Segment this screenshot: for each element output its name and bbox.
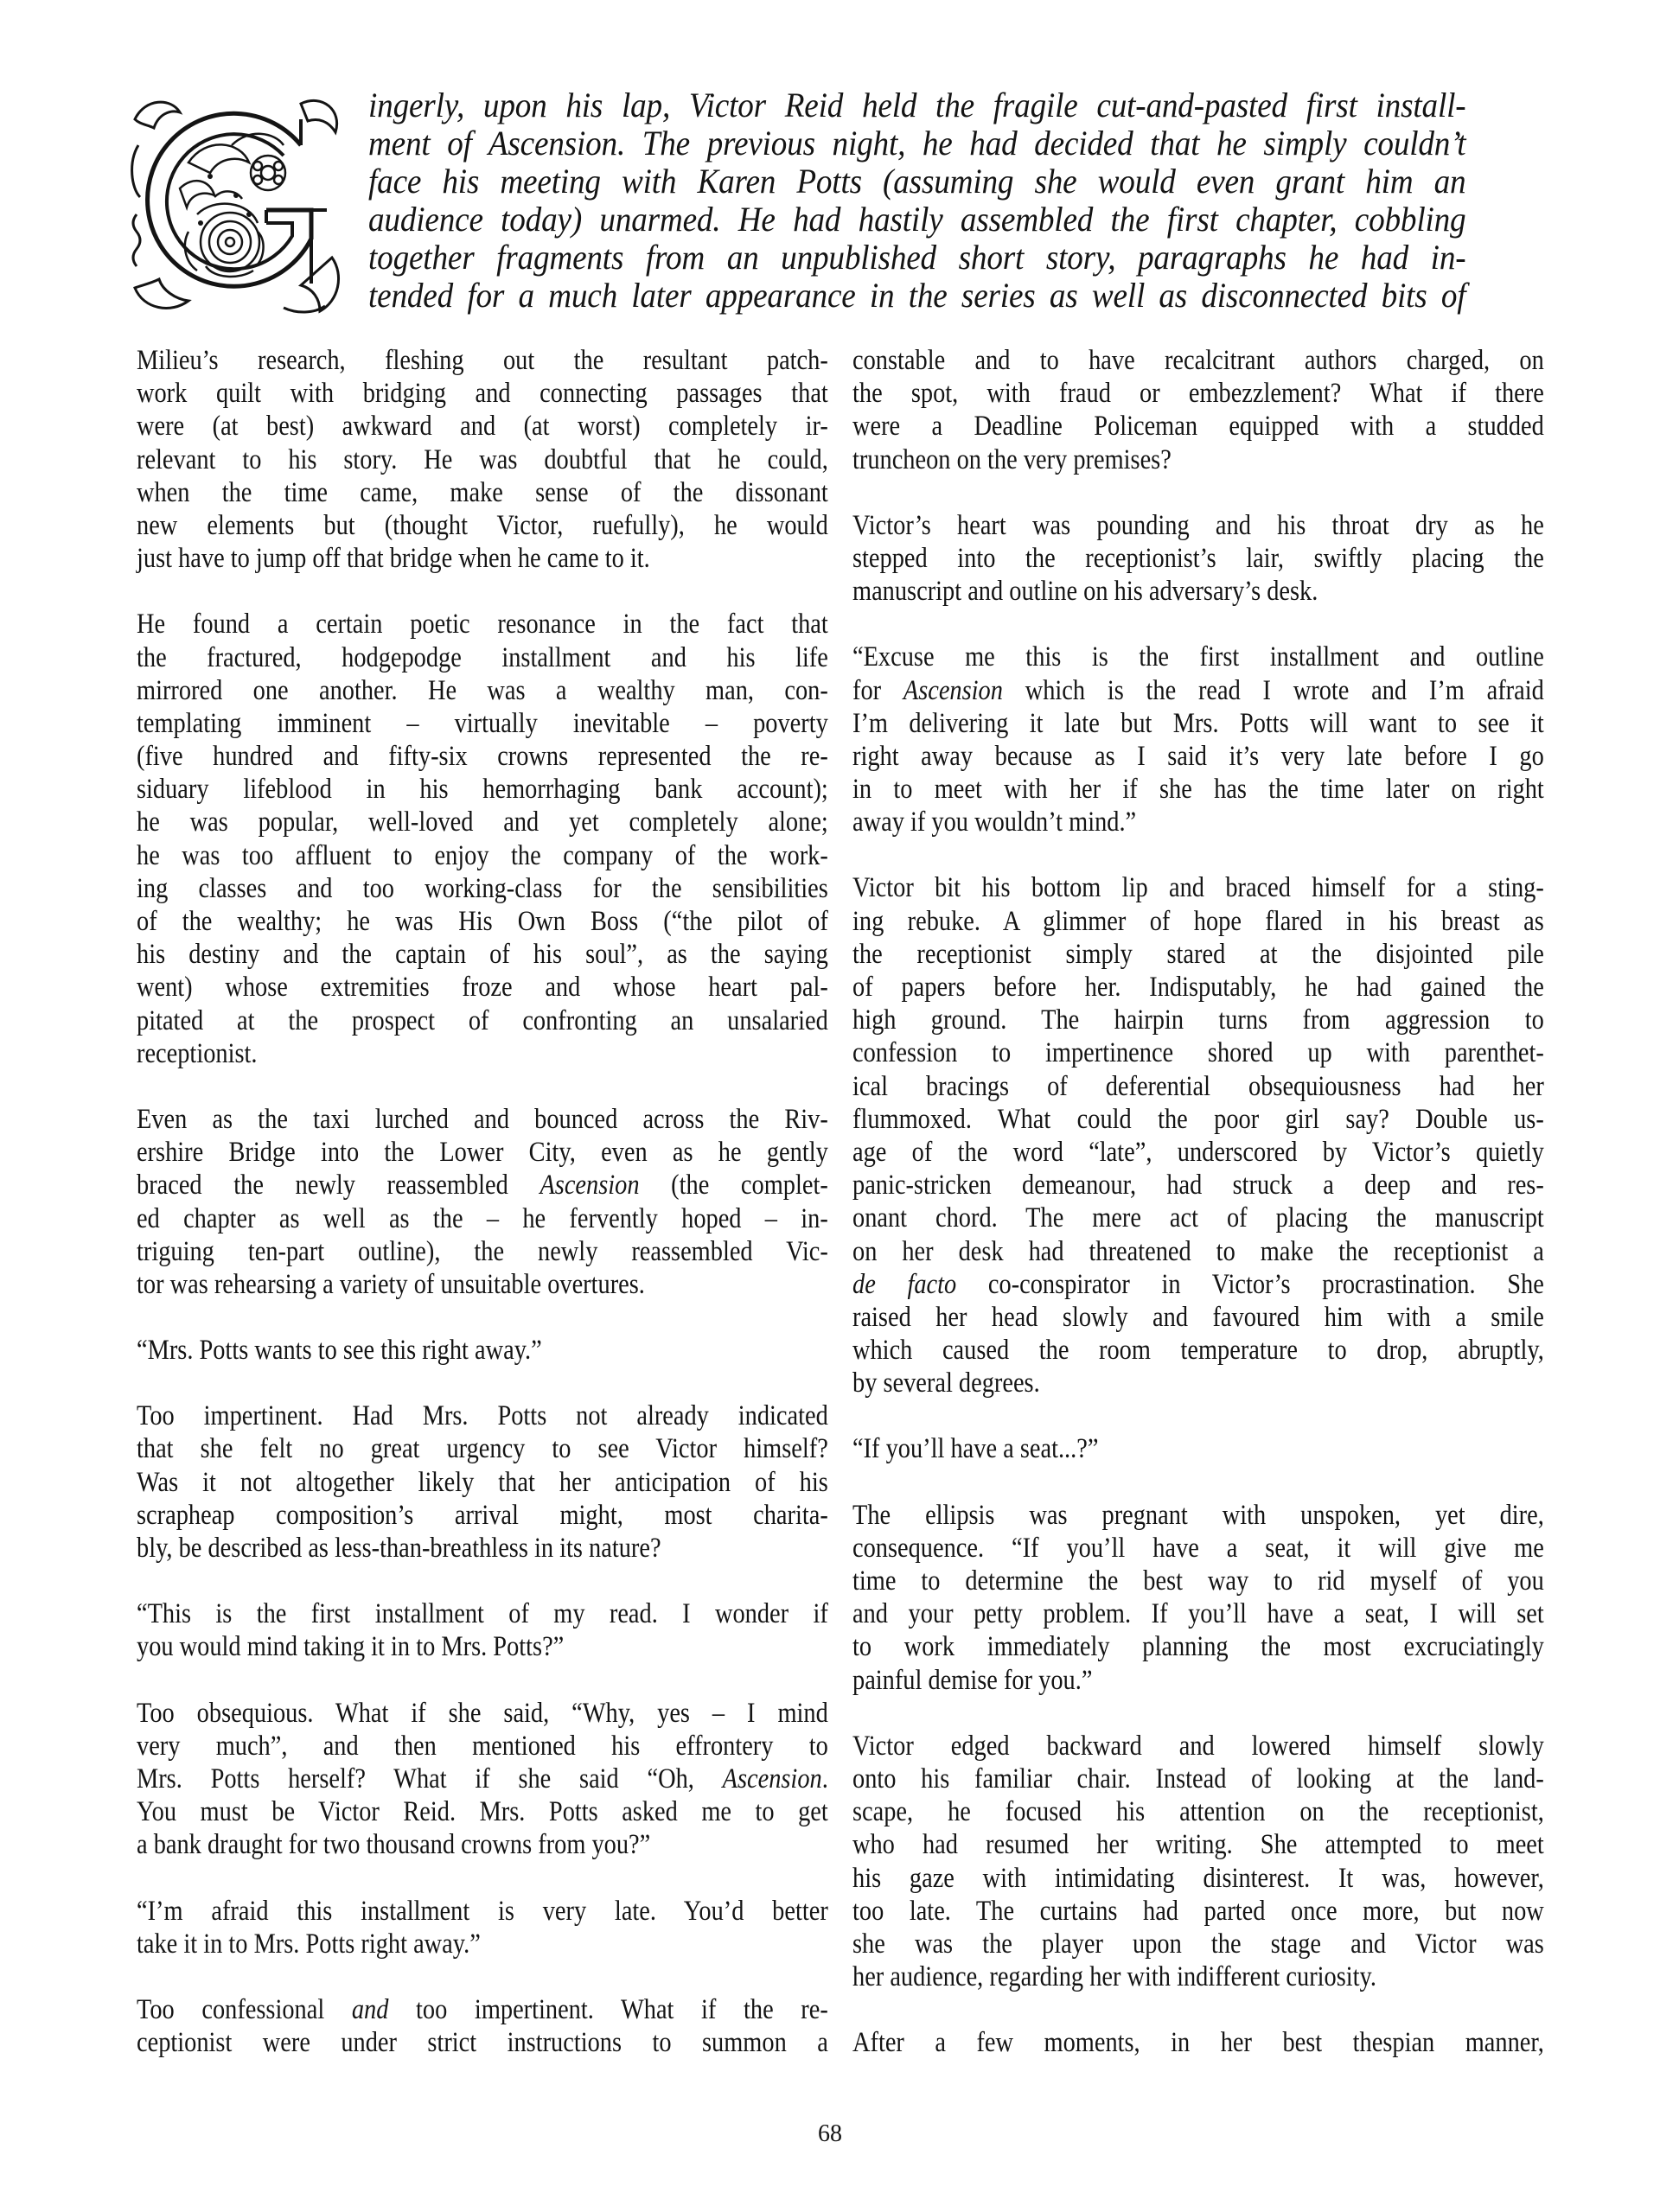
text-line: flummoxed. What could the poor girl say?… — [852, 1103, 1544, 1136]
text-line: take it in to Mrs. Potts right away.” — [137, 1928, 828, 1960]
text-line: just have to jump off that bridge when h… — [137, 542, 828, 575]
text-line: mirrored one another. He was a wealthy m… — [137, 674, 828, 707]
intro-line: ingerly, upon his lap, Victor Reid held … — [368, 86, 1465, 124]
book-page: ingerly, upon his lap, Victor Reid held … — [0, 0, 1660, 2212]
text-line: bly, be described as less-than-breathles… — [137, 1532, 828, 1565]
text-line: tor was rehearsing a variety of unsuitab… — [137, 1268, 828, 1301]
italic-emphasis: Ascension — [539, 1170, 639, 1201]
text-line: truncheon on the very premises? — [852, 443, 1544, 476]
text-line: pitated at the prospect of confronting a… — [137, 1004, 828, 1037]
text-line: “If you’ll have a seat...?” — [852, 1432, 1544, 1465]
text-line: scape, he focused his attention on the r… — [852, 1795, 1544, 1828]
text-line: right away because as I said it’s very l… — [852, 740, 1544, 773]
text-line: “Excuse me this is the first installment… — [852, 641, 1544, 673]
text-line: Too obsequious. What if she said, “Why, … — [137, 1697, 828, 1730]
text-line: his gaze with intimidating disinterest. … — [852, 1862, 1544, 1895]
text-line: The ellipsis was pregnant with unspoken,… — [852, 1499, 1544, 1532]
text-line: ing classes and too working-class for th… — [137, 872, 828, 905]
text-line: relevant to his story. He was doubtful t… — [137, 443, 828, 476]
text-line: very much”, and then mentioned his effro… — [137, 1730, 828, 1763]
text-line: new elements but (thought Victor, rueful… — [137, 509, 828, 542]
intro-line: together fragments from an unpublished s… — [368, 239, 1465, 277]
text-line: scrapheap composition’s arrival might, m… — [137, 1499, 828, 1532]
text-line: were a Deadline Policeman equipped with … — [852, 410, 1544, 443]
text-line: you would mind taking it in to Mrs. Pott… — [137, 1630, 828, 1663]
text-line: a bank draught for two thousand crowns f… — [137, 1828, 828, 1861]
paragraph: Too impertinent. Had Mrs. Potts not alre… — [137, 1399, 828, 1565]
text-line: Victor edged backward and lowered himsel… — [852, 1730, 1544, 1763]
text-line: time to determine the best way to rid my… — [852, 1565, 1544, 1597]
text-line: when the time came, make sense of the di… — [137, 476, 828, 509]
text-line: siduary lifeblood in his hemorrhaging ba… — [137, 773, 828, 806]
text-line: ed chapter as well as the – he fervently… — [137, 1202, 828, 1235]
intro-paragraph: ingerly, upon his lap, Victor Reid held … — [368, 86, 1465, 315]
text-line: Too confessional and too impertinent. Wh… — [137, 1993, 828, 2026]
text-line: on her desk had threatened to make the r… — [852, 1235, 1544, 1268]
text-line: “I’m afraid this installment is very lat… — [137, 1895, 828, 1928]
text-line: were (at best) awkward and (at worst) co… — [137, 410, 828, 443]
text-line: high ground. The hairpin turns from aggr… — [852, 1004, 1544, 1036]
paragraph: Victor edged backward and lowered himsel… — [852, 1730, 1544, 1994]
text-line: he was popular, well-loved and yet compl… — [137, 806, 828, 838]
italic-emphasis: Ascension — [723, 1763, 822, 1794]
text-line: ical bracings of deferential obsequiousn… — [852, 1070, 1544, 1103]
left-column: Milieu’s research, fleshing out the resu… — [137, 344, 828, 2092]
text-line: the fractured, hodgepodge installment an… — [137, 641, 828, 674]
text-line: age of the word “late”, underscored by V… — [852, 1136, 1544, 1169]
text-line: After a few moments, in her best thespia… — [852, 2026, 1544, 2059]
text-line: Was it not altogether likely that her an… — [137, 1466, 828, 1499]
text-line: I’m delivering it late but Mrs. Potts wi… — [852, 707, 1544, 740]
text-line: onant chord. The mere act of placing the… — [852, 1202, 1544, 1234]
text-line: painful demise for you.” — [852, 1664, 1544, 1697]
text-line: ing rebuke. A glimmer of hope flared in … — [852, 905, 1544, 938]
text-line: went) whose extremities froze and whose … — [137, 971, 828, 1004]
text-line: the receptionist simply stared at the di… — [852, 938, 1544, 971]
text-line: Victor’s heart was pounding and his thro… — [852, 509, 1544, 542]
text-line: in to meet with her if she has the time … — [852, 773, 1544, 806]
page-number: 68 — [0, 2120, 1660, 2148]
paragraph: Victor bit his bottom lip and braced him… — [852, 871, 1544, 1399]
text-line: Milieu’s research, fleshing out the resu… — [137, 344, 828, 377]
paragraph: “Excuse me this is the first installment… — [852, 641, 1544, 838]
text-line: she was the player upon the stage and Vi… — [852, 1928, 1544, 1960]
paragraph: The ellipsis was pregnant with unspoken,… — [852, 1499, 1544, 1697]
paragraph: constable and to have recalcitrant autho… — [852, 344, 1544, 476]
text-line: Too impertinent. Had Mrs. Potts not alre… — [137, 1399, 828, 1432]
text-line: de facto co-conspirator in Victor’s proc… — [852, 1268, 1544, 1301]
text-line: He found a certain poetic resonance in t… — [137, 608, 828, 641]
text-line: he was too affluent to enjoy the company… — [137, 839, 828, 872]
paragraph: “This is the first installment of my rea… — [137, 1597, 828, 1663]
text-line: “This is the first installment of my rea… — [137, 1597, 828, 1630]
chapter-opening: ingerly, upon his lap, Victor Reid held … — [128, 86, 1563, 328]
italic-emphasis: and — [352, 1994, 389, 2025]
text-line: Mrs. Potts herself? What if she said “Oh… — [137, 1763, 828, 1795]
italic-emphasis: de facto — [852, 1269, 956, 1300]
text-line: receptionist. — [137, 1037, 828, 1070]
text-line: to work immediately planning the most ex… — [852, 1630, 1544, 1663]
text-line: templating imminent – virtually inevitab… — [137, 707, 828, 740]
text-line: (five hundred and fifty-six crowns repre… — [137, 740, 828, 773]
text-line: his destiny and the captain of his soul”… — [137, 938, 828, 971]
text-line: panic-stricken demeanour, had struck a d… — [852, 1169, 1544, 1202]
text-line: which caused the room temperature to dro… — [852, 1334, 1544, 1367]
text-line: work quilt with bridging and connecting … — [137, 377, 828, 410]
text-line: triguing ten-part outline), the newly re… — [137, 1235, 828, 1268]
paragraph: “Mrs. Potts wants to see this right away… — [137, 1334, 828, 1367]
text-line: onto his familiar chair. Instead of look… — [852, 1763, 1544, 1795]
paragraph: He found a certain poetic resonance in t… — [137, 608, 828, 1070]
text-line: who had resumed her writing. She attempt… — [852, 1828, 1544, 1861]
text-line: manuscript and outline on his adversary’… — [852, 575, 1544, 608]
text-line: by several degrees. — [852, 1367, 1544, 1399]
intro-line: face his meeting with Karen Potts (assum… — [368, 163, 1465, 201]
text-line: confession to impertinence shored up wit… — [852, 1036, 1544, 1069]
text-line: braced the newly reassembled Ascension (… — [137, 1169, 828, 1202]
text-line: raised her head slowly and favoured him … — [852, 1301, 1544, 1334]
intro-line: audience today) unarmed. He had hastily … — [368, 201, 1465, 239]
text-line: ershire Bridge into the Lower City, even… — [137, 1136, 828, 1169]
paragraph: “I’m afraid this installment is very lat… — [137, 1895, 828, 1960]
text-line: of the wealthy; he was His Own Boss (“th… — [137, 905, 828, 938]
text-line: ceptionist were under strict instruction… — [137, 2026, 828, 2059]
paragraph: Even as the taxi lurched and bounced acr… — [137, 1103, 828, 1301]
text-line: Even as the taxi lurched and bounced acr… — [137, 1103, 828, 1136]
text-line: too late. The curtains had parted once m… — [852, 1895, 1544, 1928]
text-line: the spot, with fraud or embezzlement? Wh… — [852, 377, 1544, 410]
text-line: You must be Victor Reid. Mrs. Potts aske… — [137, 1795, 828, 1828]
text-line: consequence. “If you’ll have a seat, it … — [852, 1532, 1544, 1565]
intro-line: tended for a much later appearance in th… — [368, 277, 1465, 315]
text-line: stepped into the receptionist’s lair, sw… — [852, 542, 1544, 575]
intro-line: ment of Ascension. The previous night, h… — [368, 124, 1465, 163]
paragraph: “If you’ll have a seat...?” — [852, 1432, 1544, 1465]
paragraph: Victor’s heart was pounding and his thro… — [852, 509, 1544, 609]
right-column: constable and to have recalcitrant autho… — [852, 344, 1544, 2092]
text-line: for Ascension which is the read I wrote … — [852, 674, 1544, 707]
paragraph: After a few moments, in her best thespia… — [852, 2026, 1544, 2059]
text-line: Victor bit his bottom lip and braced him… — [852, 871, 1544, 904]
text-line: her audience, regarding her with indiffe… — [852, 1960, 1544, 1993]
ornate-drop-cap-g-icon — [128, 93, 344, 320]
paragraph: Too obsequious. What if she said, “Why, … — [137, 1697, 828, 1862]
italic-emphasis: Ascension — [903, 675, 1003, 706]
text-line: “Mrs. Potts wants to see this right away… — [137, 1334, 828, 1367]
paragraph: Too confessional and too impertinent. Wh… — [137, 1993, 828, 2059]
paragraph: Milieu’s research, fleshing out the resu… — [137, 344, 828, 575]
text-line: of papers before her. Indisputably, he h… — [852, 971, 1544, 1004]
text-line: that she felt no great urgency to see Vi… — [137, 1432, 828, 1465]
text-line: and your petty problem. If you’ll have a… — [852, 1597, 1544, 1630]
text-line: constable and to have recalcitrant autho… — [852, 344, 1544, 377]
text-line: away if you wouldn’t mind.” — [852, 806, 1544, 838]
